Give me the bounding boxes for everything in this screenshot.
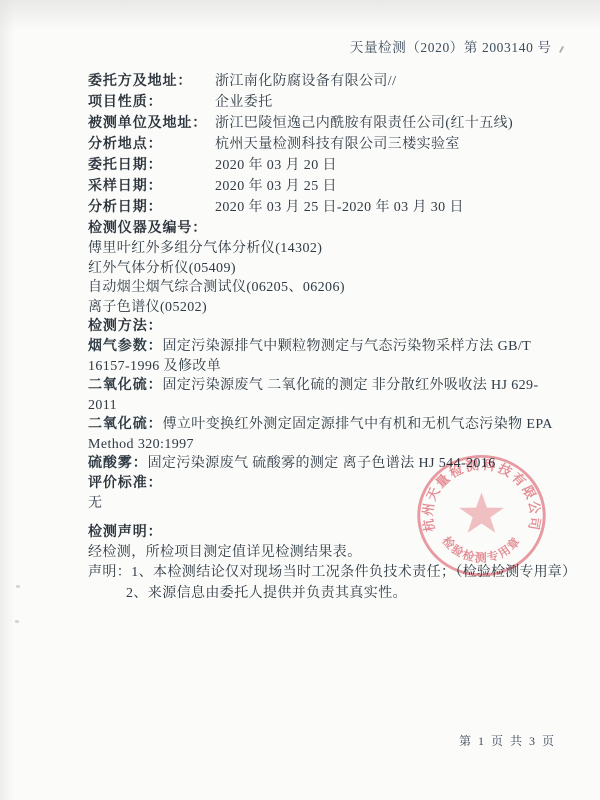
field-list: 委托方及地址： 浙江南化防腐设备有限公司// 项目性质： 企业委托 被测单位及地… (88, 71, 566, 218)
field-row-sampling-date: 采样日期： 2020 年 03 月 25 日 (88, 176, 566, 197)
field-value: 浙江南化防腐设备有限公司// (215, 71, 396, 92)
instruments-section: 检测仪器及编号： 傅里叶红外多组分气体分析仪(14302) 红外气体分析仪(05… (88, 219, 566, 317)
method-text: 固定污染源废气 硫酸雾的测定 离子色谱法 HJ 544-2016 (148, 456, 496, 471)
field-value: 2020 年 03 月 20 日 (215, 155, 337, 176)
evaluation-section: 评价标准： 无 (88, 474, 566, 514)
field-row-analysis-site: 分析地点： 杭州天量检测科技有限公司三楼实验室 (88, 134, 566, 155)
statement-section: 检测声明： 经检测，所检项目测定值详见检测结果表。 声明：1、本检测结论仅对现场… (88, 523, 566, 605)
method-name: 二氧化硫： (88, 378, 163, 393)
method-name: 烟气参数： (88, 339, 163, 354)
method-item: 硫酸雾：固定污染源废气 硫酸雾的测定 离子色谱法 HJ 544-2016 (88, 454, 566, 474)
statement-declaration-1: 声明：1、本检测结论仅对现场当时工况条件负技术责任；（检验检测专用章） (88, 563, 566, 584)
field-label: 分析地点： (88, 134, 215, 155)
scan-left-shadow (0, 0, 14, 800)
stamp-note-text: （检验检测专用章） (455, 565, 576, 580)
method-name: 硫酸雾： (88, 456, 148, 471)
field-label: 分析日期： (88, 197, 215, 218)
scan-speck (16, 585, 20, 588)
field-label: 委托方及地址： (88, 71, 215, 92)
report-page: 天量检测（2020）第 2003140 号 委托方及地址： 浙江南化防腐设备有限… (0, 0, 600, 800)
declaration-text: 声明：1、本检测结论仅对现场当时工况条件负技术责任； (88, 565, 455, 580)
method-item: 二氧化硫：固定污染源废气 二氧化硫的测定 非分散红外吸收法 HJ 629-201… (88, 376, 566, 415)
report-body: 委托方及地址： 浙江南化防腐设备有限公司// 项目性质： 企业委托 被测单位及地… (88, 71, 566, 604)
doc-number-text: 天量检测（2020）第 2003140 号 (350, 40, 552, 55)
evaluation-heading: 评价标准： (88, 474, 566, 494)
scan-speck (15, 620, 19, 623)
statement-heading: 检测声明： (88, 523, 566, 543)
method-item: 烟气参数：固定污染源排气中颗粒物测定与气态污染物采样方法 GB/T 16157-… (88, 337, 566, 376)
field-label: 项目性质： (88, 92, 215, 113)
instruments-heading: 检测仪器及编号： (88, 219, 566, 239)
field-value: 企业委托 (215, 92, 273, 113)
scan-mark (558, 46, 563, 53)
field-row-analysis-date: 分析日期： 2020 年 03 月 25 日-2020 年 03 月 30 日 (88, 197, 566, 218)
instrument-item: 自动烟尘烟气综合测试仪(06205、06206) (88, 278, 566, 298)
instrument-item: 傅里叶红外多组分气体分析仪(14302) (88, 239, 566, 259)
field-label: 被测单位及地址： (88, 113, 215, 134)
field-value: 2020 年 03 月 25 日 (215, 176, 337, 197)
page-footer: 第 1 页 共 3 页 (459, 732, 556, 749)
instrument-item: 离子色谱仪(05202) (88, 298, 566, 318)
scan-top-shadow (0, 0, 600, 30)
statement-summary: 经检测，所检项目测定值详见检测结果表。 (88, 543, 566, 564)
field-value: 浙江巴陵恒逸己内酰胺有限责任公司(红十五线) (215, 113, 513, 134)
field-value: 杭州天量检测科技有限公司三楼实验室 (215, 134, 460, 155)
instrument-item: 红外气体分析仪(05409) (88, 259, 566, 279)
doc-number: 天量检测（2020）第 2003140 号 (350, 36, 562, 56)
field-row-client: 委托方及地址： 浙江南化防腐设备有限公司// (88, 71, 566, 92)
field-value: 2020 年 03 月 25 日-2020 年 03 月 30 日 (215, 197, 464, 218)
field-label: 采样日期： (88, 176, 215, 197)
field-label: 委托日期： (88, 155, 215, 176)
field-row-commission-date: 委托日期： 2020 年 03 月 20 日 (88, 155, 566, 176)
method-item: 二氧化硫：傅立叶变换红外测定固定源排气中有机和无机气态污染物 EPA Metho… (88, 415, 566, 454)
methods-heading: 检测方法： (88, 317, 566, 337)
statement-declaration-2: 2、来源信息由委托人提供并负责其真实性。 (88, 584, 566, 605)
method-name: 二氧化硫： (88, 417, 163, 432)
field-row-tested-unit: 被测单位及地址： 浙江巴陵恒逸己内酰胺有限责任公司(红十五线) (88, 113, 566, 134)
methods-section: 检测方法： 烟气参数：固定污染源排气中颗粒物测定与气态污染物采样方法 GB/T … (88, 317, 566, 474)
evaluation-value: 无 (88, 494, 566, 514)
field-row-project-type: 项目性质： 企业委托 (88, 92, 566, 113)
